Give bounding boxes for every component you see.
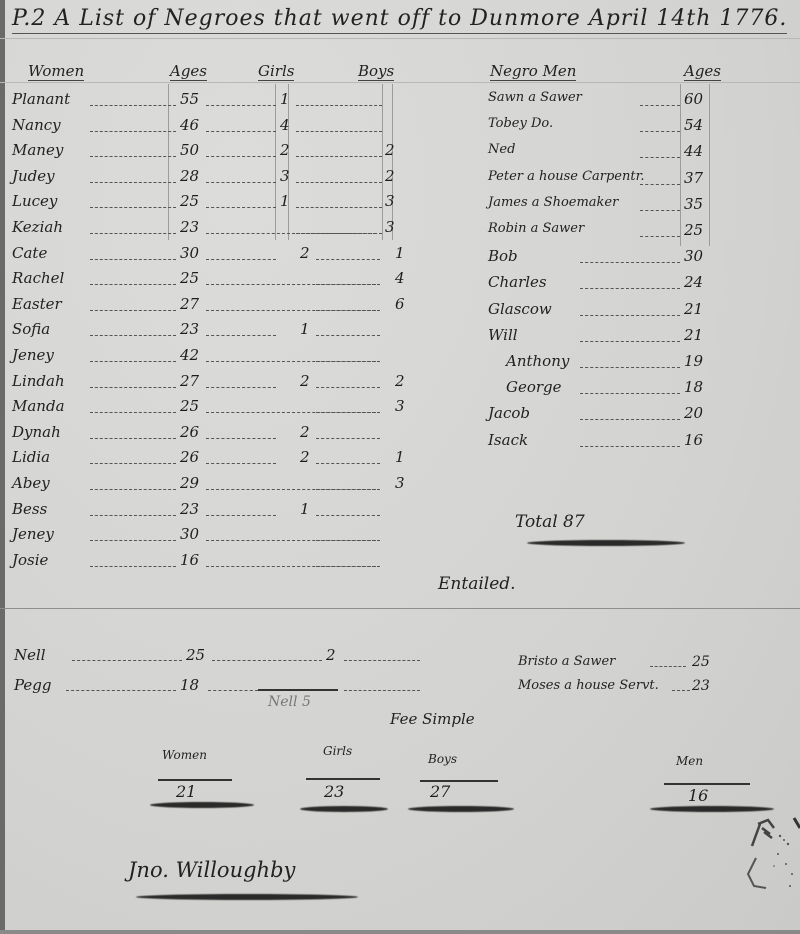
leader-dots (90, 566, 176, 567)
man-age: 30 (684, 247, 703, 265)
men-row: Sawn a Sawer60 (0, 90, 800, 116)
man-age: 16 (684, 431, 703, 449)
total-underline (527, 540, 685, 546)
underline (150, 802, 254, 808)
summary-men-label: Men (676, 754, 703, 768)
lower-right-row: Bristo a Sawer 25 (0, 654, 800, 680)
rule (158, 779, 232, 781)
leader-dots (316, 540, 380, 541)
leader-dots (580, 419, 680, 420)
man-name: Ned (488, 142, 515, 157)
rule (664, 783, 750, 785)
man-age: 25 (684, 221, 703, 239)
woman-age: 23 (180, 500, 199, 518)
leader-dots (90, 489, 176, 490)
man-age: 44 (684, 142, 703, 160)
lower-right-row: Moses a house Servt. 23 (0, 678, 800, 704)
men-row: Peter a house Carpentr.37 (0, 169, 800, 195)
page-title: P.2 A List of Negroes that went off to D… (12, 6, 787, 34)
woman-name: Josie (12, 551, 48, 569)
leader-dots (640, 184, 680, 185)
man-age: 60 (684, 90, 703, 108)
document-page: P.2 A List of Negroes that went off to D… (0, 0, 800, 934)
men-row: Isack16 (0, 431, 800, 457)
man-name: Glascow (488, 300, 552, 318)
rule (306, 778, 380, 780)
woman-age: 29 (180, 474, 199, 492)
ruled-line (0, 82, 800, 83)
leader-dots (640, 210, 680, 211)
leader-dots (316, 463, 380, 464)
header-women: Women (28, 62, 84, 81)
row-name: Bristo a Sawer (518, 654, 615, 669)
men-row: Anthony19 (0, 352, 800, 378)
leader-dots (580, 367, 680, 368)
man-age: 20 (684, 404, 703, 422)
men-row: Robin a Sawer25 (0, 221, 800, 247)
woman-name: Bess (12, 500, 47, 518)
man-name: Will (488, 326, 518, 344)
men-row: Charles24 (0, 273, 800, 299)
man-name: James a Shoemaker (488, 195, 618, 210)
header-boys: Boys (358, 62, 394, 81)
summary-women-value: 21 (176, 782, 196, 801)
man-age: 24 (684, 273, 703, 291)
men-row: Glascow21 (0, 300, 800, 326)
row-age: 25 (692, 654, 710, 670)
underline (300, 806, 388, 812)
girls-count: 1 (300, 500, 310, 518)
header-ages: Ages (170, 62, 207, 81)
man-name: Sawn a Sawer (488, 90, 582, 105)
man-name: Isack (488, 431, 528, 449)
leader-dots (640, 236, 680, 237)
men-row: Tobey Do.54 (0, 116, 800, 142)
man-name: Tobey Do. (488, 116, 553, 131)
leader-dots (316, 515, 380, 516)
leader-dots (580, 315, 680, 316)
women-row: Bess231 (0, 500, 440, 526)
leader-dots (316, 566, 380, 567)
woman-age: 16 (180, 551, 199, 569)
leader-dots (640, 131, 680, 132)
leader-dots (672, 690, 690, 691)
man-age: 18 (684, 378, 703, 396)
man-age: 35 (684, 195, 703, 213)
leader-dots (580, 288, 680, 289)
man-age: 21 (684, 326, 703, 344)
man-name: Peter a house Carpentr. (488, 169, 645, 184)
summary-girls-value: 23 (324, 782, 344, 801)
section-divider (0, 608, 800, 609)
fee-simple-label: Fee Simple (390, 710, 475, 728)
leader-dots (580, 341, 680, 342)
man-name: Anthony (506, 352, 569, 370)
man-name: Robin a Sawer (488, 221, 584, 236)
man-age: 19 (684, 352, 703, 370)
men-row: Bob30 (0, 247, 800, 273)
leader-dots (580, 446, 680, 447)
man-age: 54 (684, 116, 703, 134)
title-prefix: P.2 (12, 6, 46, 31)
man-name: Bob (488, 247, 518, 265)
header-negro-men: Negro Men (490, 62, 576, 81)
summary-girls-label: Girls (323, 744, 352, 758)
header-men-ages: Ages (684, 62, 721, 81)
summary-men-value: 16 (688, 786, 708, 805)
archive-stamp-icon (730, 814, 800, 904)
man-name: George (506, 378, 562, 396)
leader-dots (316, 489, 380, 490)
signature: Jno. Willoughby (128, 858, 295, 882)
signature-underline (136, 894, 358, 900)
man-name: Jacob (488, 404, 530, 422)
woman-age: 30 (180, 525, 199, 543)
men-row: James a Shoemaker35 (0, 195, 800, 221)
summary-boys-value: 27 (430, 782, 450, 801)
total-label: Total 87 (515, 512, 585, 532)
leader-dots (640, 105, 680, 106)
entailed-label: Entailed. (438, 574, 516, 594)
boys-count: 3 (395, 474, 405, 492)
men-row: Will21 (0, 326, 800, 352)
leader-dots (640, 157, 680, 158)
underline (650, 806, 774, 812)
men-row: Jacob20 (0, 404, 800, 430)
women-row: Abey293 (0, 474, 440, 500)
ruled-line (0, 38, 800, 39)
women-row: Jeney30 (0, 525, 440, 551)
man-age: 37 (684, 169, 703, 187)
women-row: Josie16 (0, 551, 440, 577)
summary-women-label: Women (162, 748, 207, 762)
row-age: 23 (692, 678, 710, 694)
header-girls: Girls (258, 62, 294, 81)
leader-dots (580, 393, 680, 394)
title-text: A List of Negroes that went off to Dunmo… (54, 6, 787, 31)
woman-name: Abey (12, 474, 50, 492)
leader-dots (90, 540, 176, 541)
leader-dots (206, 463, 276, 464)
leader-dots (206, 515, 276, 516)
men-row: Ned44 (0, 142, 800, 168)
underline (408, 806, 514, 812)
leader-dots (90, 463, 176, 464)
leader-dots (580, 262, 680, 263)
man-age: 21 (684, 300, 703, 318)
man-name: Charles (488, 273, 547, 291)
row-name: Moses a house Servt. (518, 678, 659, 693)
men-row: George18 (0, 378, 800, 404)
woman-name: Jeney (12, 525, 54, 543)
page-edge (0, 930, 800, 934)
summary-boys-label: Boys (428, 752, 457, 766)
leader-dots (650, 666, 686, 667)
leader-dots (90, 515, 176, 516)
